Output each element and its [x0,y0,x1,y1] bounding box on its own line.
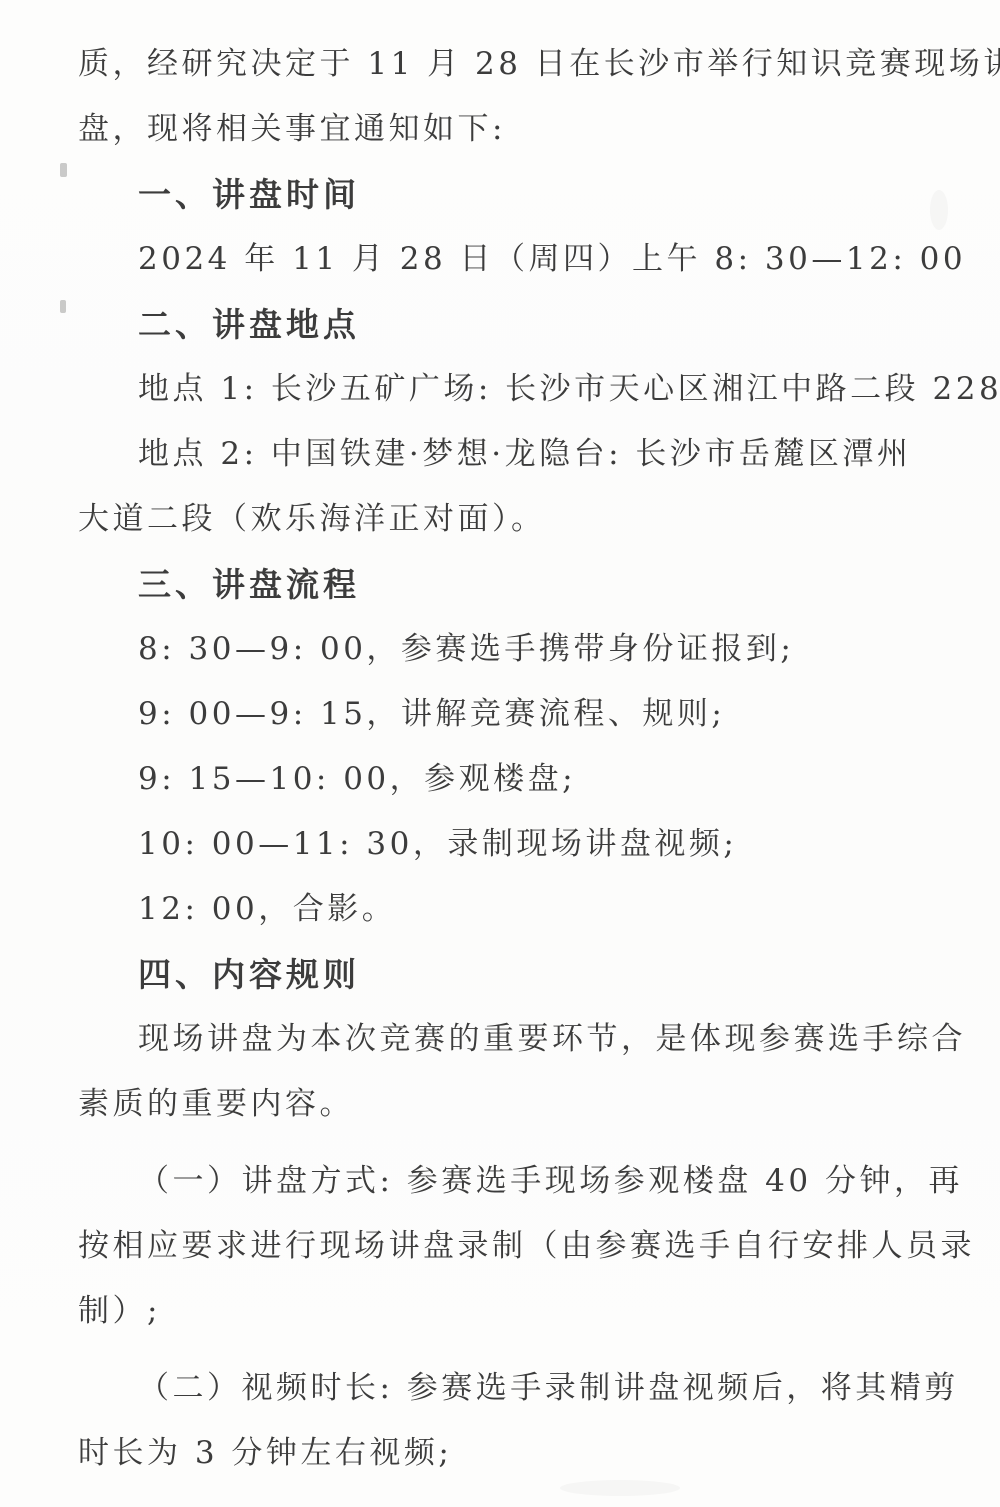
text-line: 大道二段（欢乐海洋正对面）。 [78,487,944,552]
section-heading: 四、内容规则 [78,942,944,1007]
text-line: 地点 2: 中国铁建·梦想·龙隐台: 长沙市岳麓区潭州 [78,422,944,487]
text-line: 盘，现将相关事宜通知如下: [78,97,944,162]
scan-artifact [60,300,66,313]
text-line: 现场讲盘为本次竞赛的重要环节，是体现参赛选手综合 [78,1007,944,1072]
text-line: 9: 15—10: 00，参观楼盘; [78,747,944,812]
text-line: 12: 00，合影。 [78,877,944,942]
section-heading: 三、讲盘流程 [78,552,944,617]
text-line: 9: 00—9: 15，讲解竞赛流程、规则; [78,682,944,747]
scan-smudge [560,1480,680,1496]
text-line: 8: 30—9: 00，参赛选手携带身份证报到; [78,617,944,682]
section-heading: 二、讲盘地点 [78,292,944,357]
text-line: 2024 年 11 月 28 日（周四）上午 8: 30—12: 00 [78,227,944,292]
text-line: 质，经研究决定于 11 月 28 日在长沙市举行知识竞赛现场讲 [78,32,944,97]
scan-smudge [930,190,948,230]
section-heading: 一、讲盘时间 [78,162,944,227]
scan-artifact [60,163,67,177]
text-line: 按相应要求进行现场讲盘录制（由参赛选手自行安排人员录 [78,1214,944,1279]
document-body: 质，经研究决定于 11 月 28 日在长沙市举行知识竞赛现场讲盘，现将相关事宜通… [78,32,944,1486]
text-line: 时长为 3 分钟左右视频; [78,1421,944,1486]
text-line: 地点 1: 长沙五矿广场: 长沙市天心区湘江中路二段 228 号; [78,357,944,422]
text-line: （一）讲盘方式: 参赛选手现场参观楼盘 40 分钟，再 [78,1149,944,1214]
text-line: 素质的重要内容。 [78,1072,944,1137]
text-line: 10: 00—11: 30，录制现场讲盘视频; [78,812,944,877]
text-line: （二）视频时长: 参赛选手录制讲盘视频后，将其精剪 [78,1356,944,1421]
scanned-notice-page: 质，经研究决定于 11 月 28 日在长沙市举行知识竞赛现场讲盘，现将相关事宜通… [0,0,1000,1507]
text-line: 制）; [78,1279,944,1344]
